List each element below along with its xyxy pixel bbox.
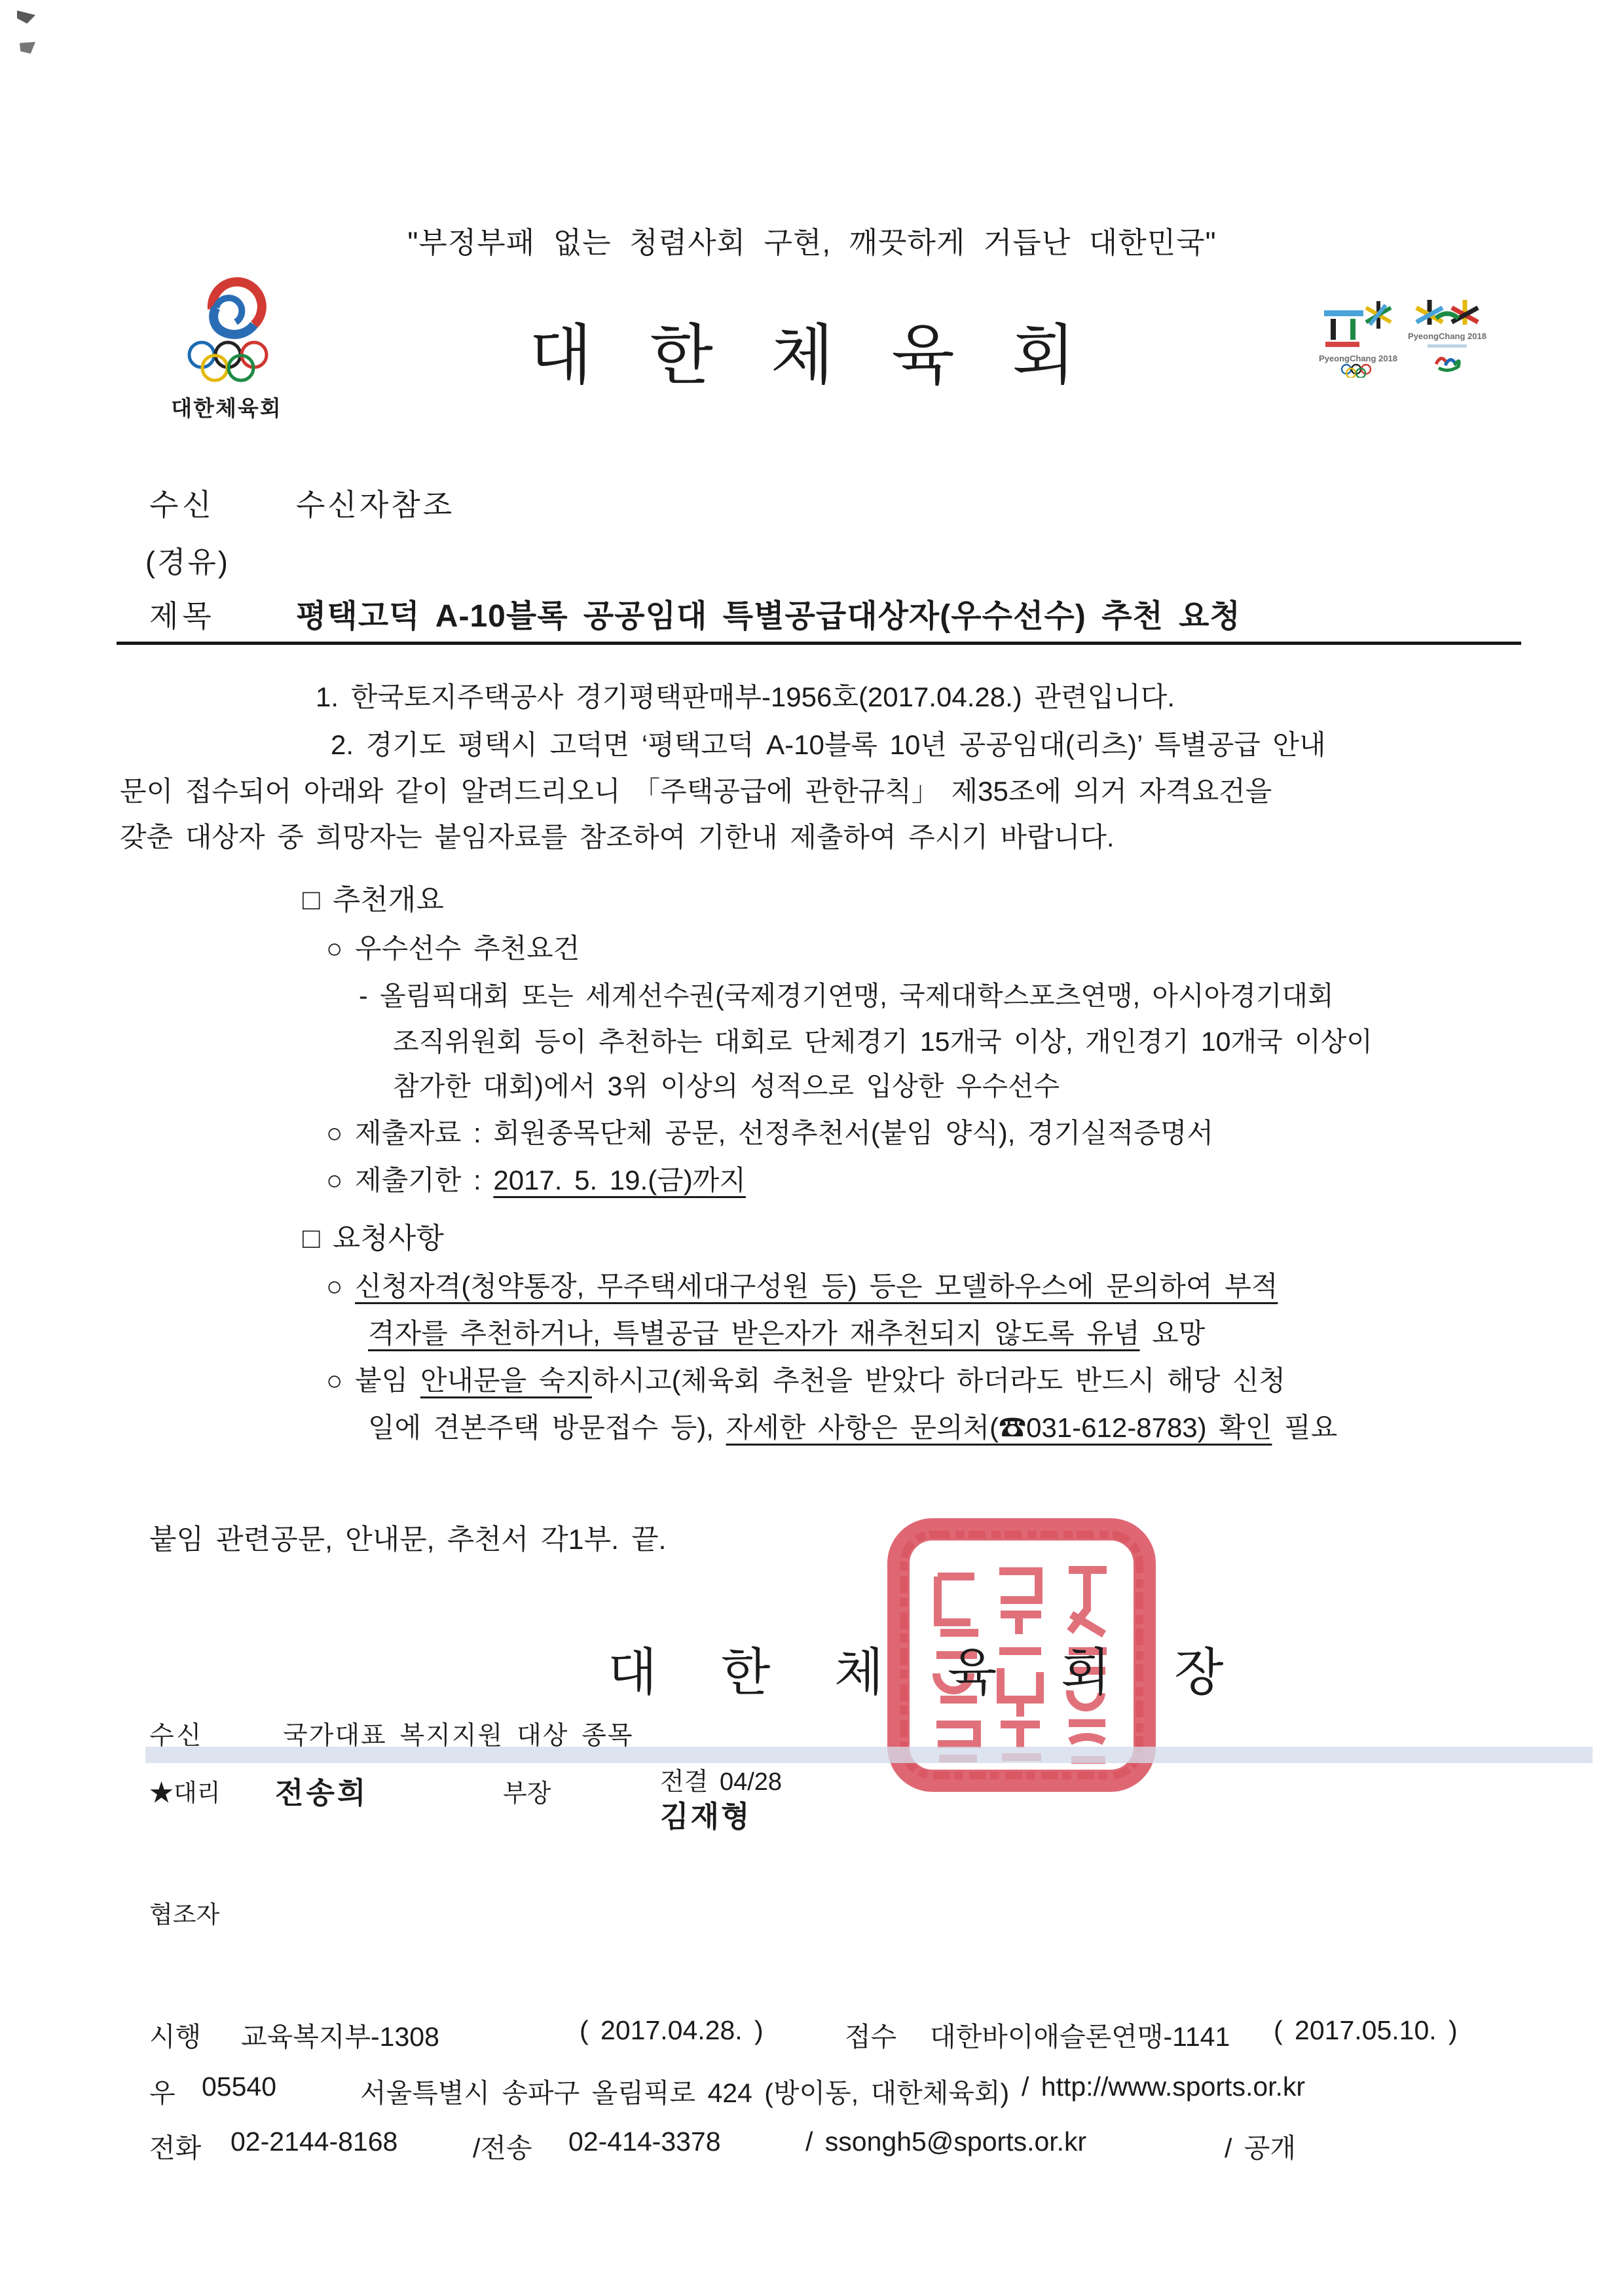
requests-b1-tail: 요망: [1140, 1318, 1206, 1349]
recipient-value: 수신자참조: [296, 481, 454, 524]
attachment-line: 붙임 관련공문, 안내문, 추천서 각1부. 끝.: [149, 1518, 667, 1558]
requests-b2-line2-pre: 일에 견본주택 방문접수 등),: [368, 1412, 726, 1443]
olympic-rings-icon: [1342, 365, 1371, 378]
subject-value: 평택고덕 A-10블록 공공임대 특별공급대상자(우수선수) 추천 요청: [296, 591, 1241, 636]
overview-requirement-line-1: - 올림픽대회 또는 세계선수권(국제경기연맹, 국제대학스포츠연맹, 아시아경…: [359, 974, 1334, 1013]
scan-artifact: [20, 42, 35, 54]
deadline-label: ○ 제출기한 :: [326, 1165, 493, 1195]
requests-bullet-2-line-2: 일에 견본주택 방문접수 등), 자세한 사항은 문의처(☎031-612-87…: [368, 1406, 1337, 1446]
drafter-name: 전송희: [275, 1769, 368, 1812]
recv-number: 대한바이애슬론연맹-1141: [930, 2015, 1230, 2054]
overview-requirement-title: ○ 우수선수 추천요건: [326, 927, 580, 966]
requests-b2-mid: 하시고(체육회 추천을 받았다 하더라도 반드시 해당 신청: [592, 1365, 1285, 1396]
paralympic-star-icons: [1416, 300, 1478, 325]
requests-bullet-1-line-2: 격자를 추천하거나, 특별공급 받은자가 재추천되지 않도록 유념 요망: [368, 1312, 1205, 1351]
overview-deadline: ○ 제출기한 : 2017. 5. 19.(금)까지: [326, 1159, 746, 1198]
scanned-official-document: "부정부패 없는 청렴사회 구현, 깨끗하게 거듭난 대한민국" 대한체육회 대…: [0, 0, 1624, 2296]
deadline-value: 2017. 5. 19.(금)까지: [493, 1165, 746, 1195]
requests-b2-tail: 필요: [1272, 1412, 1337, 1443]
approval-decision: 전결 04/28: [660, 1761, 782, 1797]
recv-stamp-label: 접수: [845, 2015, 896, 2054]
org-address: 서울특별시 송파구 올림픽로 424 (방이동, 대한체육회): [360, 2071, 1009, 2110]
cooperator-label: 협조자: [149, 1895, 219, 1930]
requests-b2-underlined-1: 안내문을 숙지: [420, 1365, 592, 1396]
olympic-logo-text: PyeongChang 2018: [1319, 354, 1397, 363]
body-paragraph-2-line-1: 2. 경기도 평택시 고덕면 ‘평택고덕 A-10블록 10년 공공임대(리츠)…: [331, 723, 1326, 763]
body-paragraph-2-line-2: 문이 접수되어 아래와 같이 알려드리오니 「주택공급에 관한규칙」 제35조에…: [120, 770, 1272, 809]
requests-bullet-1-line-1: ○ 신청자격(청약통장, 무주택세대구성원 등) 등은 모델하우스에 문의하여 …: [326, 1265, 1278, 1304]
exec-number: 교육복지부-1308: [241, 2015, 439, 2054]
paralympic-subtext-artifact: [1428, 344, 1467, 348]
contact-email: / ssongh5@sports.or.kr: [805, 2126, 1086, 2157]
scan-artifact: [17, 10, 35, 24]
subject-divider: [117, 642, 1521, 645]
exec-label: 시행: [149, 2015, 201, 2054]
disclosure-status: / 공개: [1225, 2126, 1296, 2165]
requests-bullet-2-line-1: ○ 붙임 안내문을 숙지하시고(체육회 추천을 받았다 하더라도 반드시 해당 …: [326, 1359, 1285, 1398]
zip-label: 우: [149, 2071, 175, 2110]
anti-corruption-slogan: "부정부패 없는 청렴사회 구현, 깨끗하게 거듭난 대한민국": [0, 219, 1624, 261]
pyeongchang-olympic-logo: PyeongChang 2018: [1318, 296, 1399, 381]
via-label: (경유): [145, 538, 230, 581]
agitos-icon: [1436, 358, 1459, 370]
org-website: / http://www.sports.or.kr: [1022, 2071, 1305, 2102]
overview-documents: ○ 제출자료 : 회원종목단체 공문, 선정추천서(붙임 양식), 경기실적증명…: [326, 1112, 1213, 1151]
requests-b1-underlined-1: 신청자격(청약통장, 무주택세대구성원 등) 등은 모델하우스에 문의하여 부적: [355, 1271, 1278, 1302]
body-paragraph-1: 1. 한국토지주택공사 경기평택판매부-1956호(2017.04.28.) 관…: [316, 676, 1175, 715]
drafter-role: ★대리: [149, 1773, 220, 1808]
fax-label: /전송: [473, 2126, 532, 2165]
requests-b1-underlined-2: 격자를 추천하거나, 특별공급 받은자가 재추천되지 않도록 유념: [368, 1318, 1140, 1349]
paralympic-logo-text: PyeongChang 2018: [1408, 331, 1486, 341]
exec-date: ( 2017.04.28. ): [580, 2015, 764, 2046]
body-paragraph-2-line-3: 갖춘 대상자 중 희망자는 붙임자료를 참조하여 기한내 제출하여 주시기 바랍…: [120, 816, 1115, 855]
pyeongchang-paralympic-logo: PyeongChang 2018: [1405, 293, 1490, 382]
overview-requirement-line-3: 참가한 대회)에서 3위 이상의 성적으로 입상한 우수선수: [393, 1065, 1060, 1103]
fax-number: 02-414-3378: [568, 2126, 721, 2157]
approver-role: 부장: [503, 1773, 551, 1809]
scan-band-artifact: [145, 1747, 1593, 1763]
subject-label: 제목: [149, 592, 215, 636]
snowflake-star-icon: [1366, 301, 1391, 329]
signature-title: 대 한 체 육 회 장: [608, 1631, 1248, 1705]
requests-heading: □ 요청사항: [303, 1214, 444, 1256]
overview-requirement-line-2: 조직위원회 등이 추천하는 대회로 단체경기 15개국 이상, 개인경기 10개…: [393, 1020, 1373, 1059]
overview-heading: □ 추천개요: [303, 876, 444, 918]
requests-b2-underlined-2: 자세한 사항은 문의처(☎031-612-8783) 확인: [726, 1412, 1272, 1443]
approver-name: 김재형: [660, 1793, 751, 1835]
tel-label: 전화: [149, 2126, 201, 2165]
bullet-marker: ○ 붙임: [326, 1365, 420, 1396]
zip-code: 05540: [202, 2071, 276, 2102]
tel-number: 02-2144-8168: [231, 2126, 397, 2157]
recv-date: ( 2017.05.10. ): [1274, 2015, 1458, 2046]
recipient-label: 수신: [149, 481, 215, 524]
bullet-marker: ○: [326, 1271, 355, 1302]
